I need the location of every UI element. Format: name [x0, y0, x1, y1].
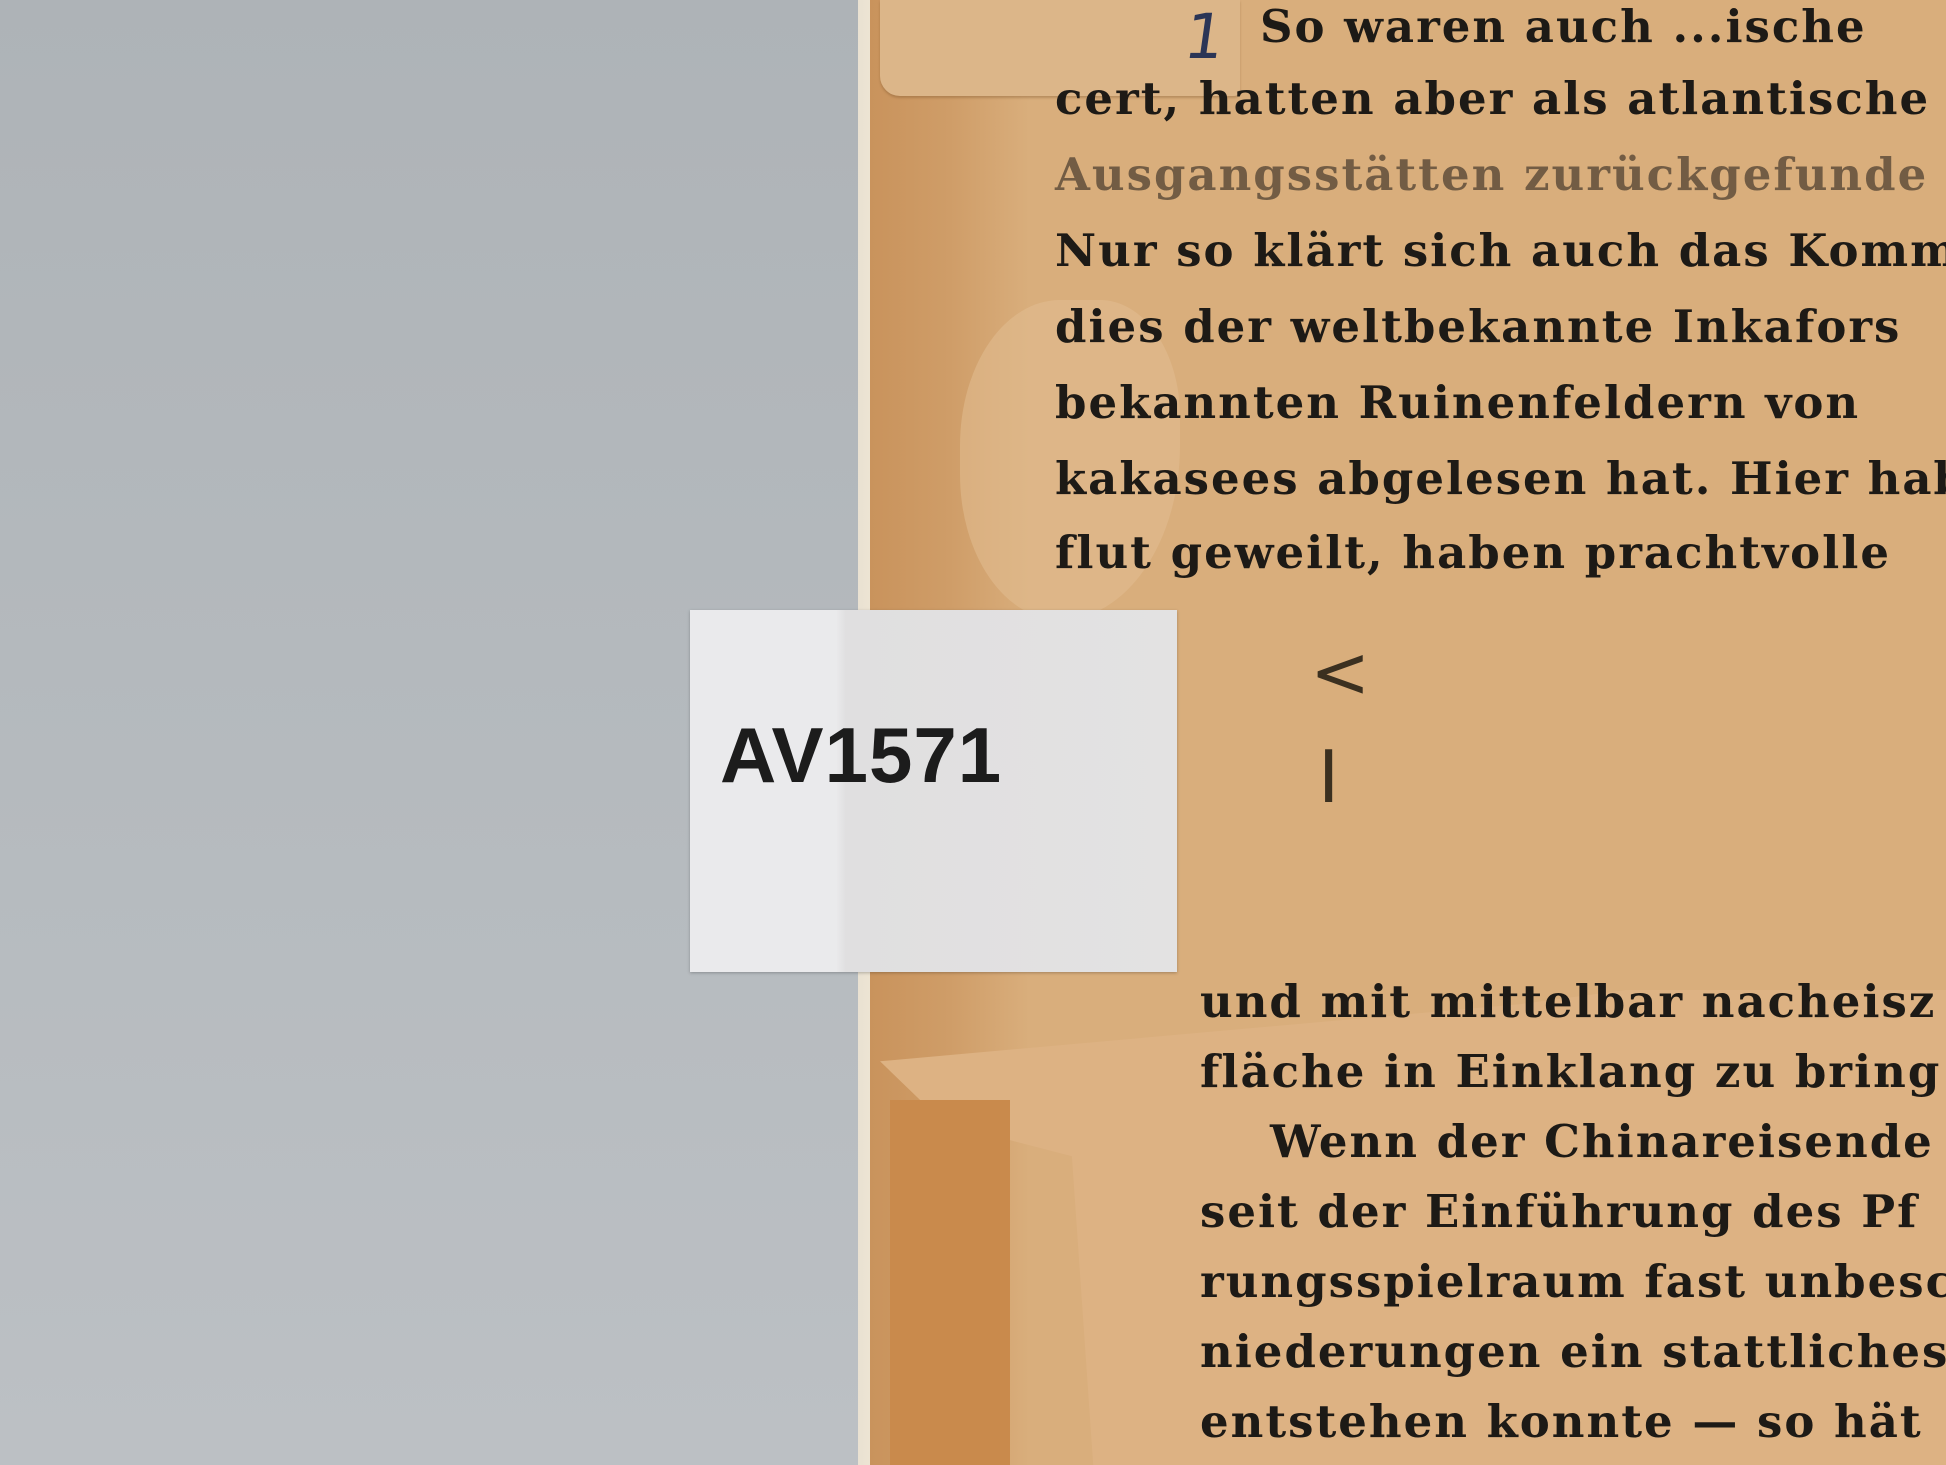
archive-id-text: AV1571	[720, 710, 1002, 801]
text-line: cert, hatten aber als atlantische	[1055, 72, 1930, 125]
text-line: dies der weltbekannte Inkafors	[1055, 300, 1901, 353]
text-line: flut geweilt, haben prachtvolle	[1055, 526, 1891, 579]
text-line: Wenn der Chinareisende	[1270, 1115, 1934, 1168]
printed-mark-bar: I	[1318, 735, 1339, 819]
text-line: fläche in Einklang zu bring	[1200, 1045, 1941, 1098]
text-line: Nur so klärt sich auch das Komm	[1055, 224, 1946, 277]
printed-mark-angle: <	[1310, 630, 1370, 714]
text-line: und mit mittelbar nacheisz	[1200, 975, 1936, 1028]
archive-id-label: AV1571	[690, 610, 1177, 972]
text-line: bekannten Ruinenfeldern von	[1055, 376, 1860, 429]
text-line: So waren auch ...ische	[1260, 0, 1867, 53]
text-line: Ausgangsstätten zurückgefunde	[1055, 148, 1928, 201]
handwritten-page-number: 1	[1180, 0, 1230, 73]
text-line: seit der Einführung des Pf	[1200, 1185, 1918, 1238]
torn-edge	[890, 1100, 1010, 1465]
text-line: niederungen ein stattliches V	[1200, 1325, 1946, 1378]
text-line: rungsspielraum fast unbesch	[1200, 1255, 1946, 1308]
text-line: kakasees abgelesen hat. Hier habe	[1055, 452, 1946, 505]
text-line: entstehen konnte — so hät	[1200, 1395, 1923, 1448]
